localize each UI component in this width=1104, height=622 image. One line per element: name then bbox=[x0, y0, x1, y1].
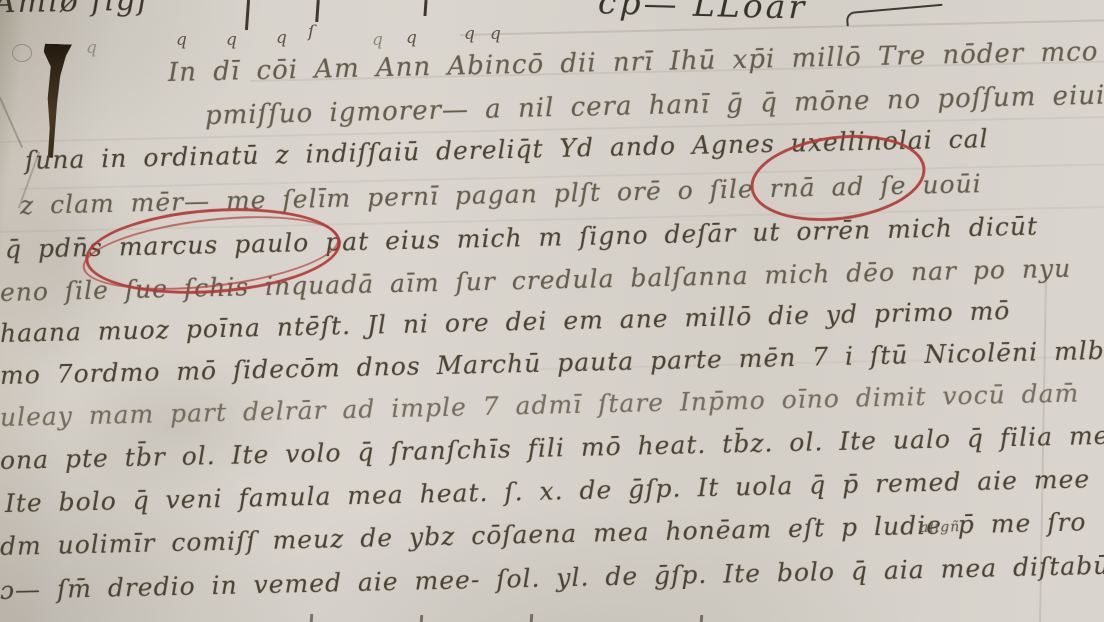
manuscript-line-2: pmiſſuo igmorer— a nil cera hanī ḡ q̄ mō… bbox=[205, 77, 1104, 131]
quire-mark: q bbox=[86, 38, 97, 58]
pen-stroke bbox=[245, 0, 250, 30]
pen-stroke bbox=[423, 0, 427, 16]
pen-stroke bbox=[420, 615, 423, 622]
top-edge-scribble: cp̄— LLoa̅r bbox=[598, 0, 808, 27]
manuscript-line-13: ɔ— ſm̄ dredio in vemed aie mee- ſol. yl.… bbox=[0, 551, 1104, 605]
quire-mark: q bbox=[406, 28, 417, 48]
quire-mark: q bbox=[176, 30, 187, 50]
quire-mark: q bbox=[276, 28, 287, 48]
manuscript-photo: Amiø ſig̃ſ cp̄— LLoa̅r q q q q ſ q q q q… bbox=[0, 0, 1104, 622]
interlinear-note: aligñ bbox=[920, 519, 961, 536]
circled-name-agnes: Agnes bbox=[692, 129, 775, 160]
manuscript-line-7: haana muoz poīna ntēſt. Jl ni ore dei em… bbox=[0, 296, 1011, 348]
quire-mark: q bbox=[226, 30, 237, 50]
pen-stroke bbox=[315, 0, 319, 22]
top-edge-cut-text: Amiø ſig̃ſ bbox=[0, 0, 151, 20]
quire-mark: q bbox=[464, 24, 475, 44]
sketch-circle bbox=[12, 44, 32, 62]
pen-stroke bbox=[530, 614, 533, 622]
pen-stroke bbox=[310, 614, 313, 622]
line-5-post: pat eius mich m ſigno deſār ut orrēn mic… bbox=[309, 212, 1038, 258]
pen-stroke bbox=[700, 615, 703, 622]
manuscript-line-1: In dī cōi Am Ann Abincō dii nrī Ihū xp̄i… bbox=[168, 34, 1104, 88]
quire-mark: q bbox=[490, 24, 501, 44]
quire-mark: q bbox=[372, 30, 383, 50]
quire-mark: ſ bbox=[308, 22, 314, 42]
